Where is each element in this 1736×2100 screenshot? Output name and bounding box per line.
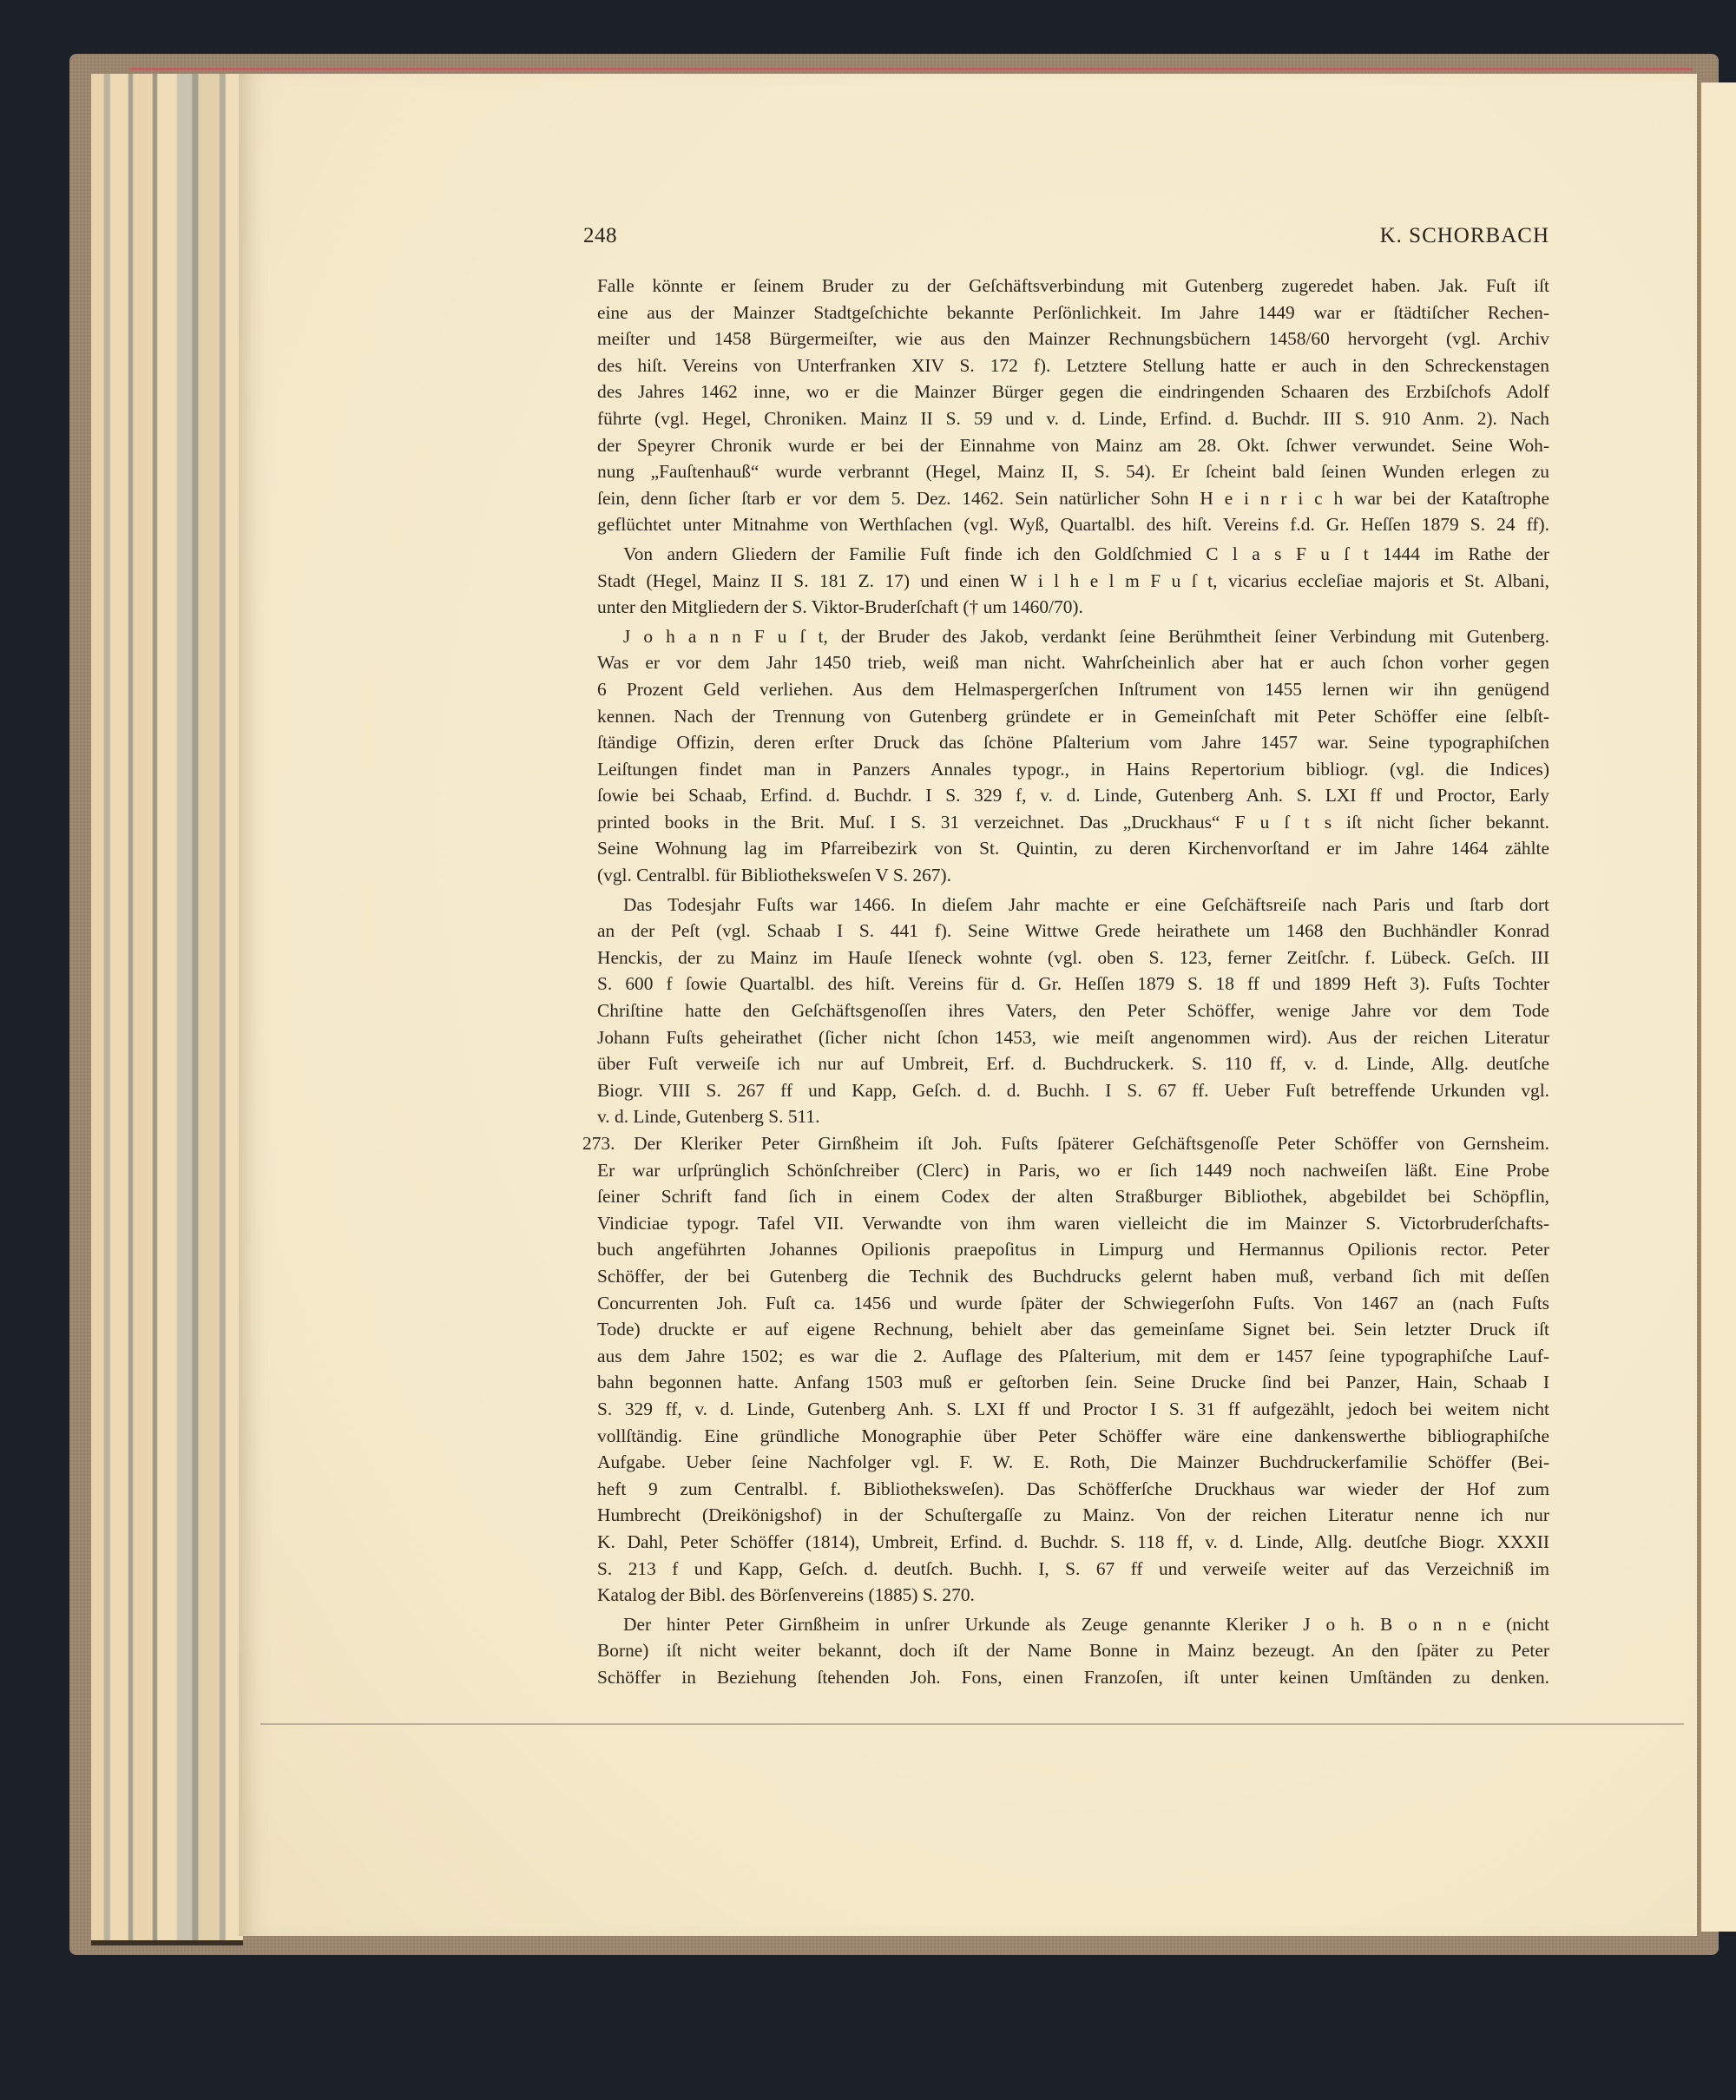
text-line: meiſter und 1458 Bürgermeiſter, wie aus …: [597, 326, 1549, 352]
text-line: Katalog der Bibl. des Börſenvereins (188…: [597, 1582, 1549, 1609]
text-line: ſein, denn ſicher ſtarb er vor dem 5. De…: [597, 485, 1549, 512]
text-line: ſtändige Offizin, deren erſter Druck das…: [597, 729, 1549, 756]
text-line: Stadt (Hegel, Mainz II S. 181 Z. 17) und…: [597, 568, 1549, 595]
text-line: J o h a n n F u ſ t, der Bruder des Jako…: [597, 623, 1549, 650]
running-head-author: K. SCHORBACH: [1380, 224, 1549, 248]
text-line: kennen. Nach der Trennung von Gutenberg …: [597, 703, 1549, 730]
text-line: unter den Mitgliedern der S. Viktor-Brud…: [597, 594, 1549, 621]
text-line: des Jahres 1462 inne, wo er die Mainzer …: [597, 379, 1549, 405]
running-header: 248 K. SCHORBACH: [583, 224, 1549, 259]
text-line: Vindiciae typogr. Tafel VII. Verwandte v…: [597, 1210, 1549, 1237]
text-line: geflüchtet unter Mitnahme von Werthſache…: [597, 511, 1549, 538]
text-line: S. 329 ff, v. d. Linde, Gutenberg Anh. S…: [597, 1396, 1549, 1423]
text-line: eine aus der Mainzer Stadtgeſchichte bek…: [597, 300, 1549, 326]
text-line: des hiſt. Vereins von Unterfranken XIV S…: [597, 352, 1549, 379]
text-line: Von andern Gliedern der Familie Fuſt fin…: [597, 541, 1549, 568]
text-line: Biogr. VIII S. 267 ff und Kapp, Geſch. d…: [597, 1077, 1549, 1104]
text-line: Chriſtine hatte den Geſchäftsgenoſſen ih…: [597, 997, 1549, 1024]
text-line: (vgl. Centralbl. für Bibliotheksweſen V …: [597, 862, 1549, 889]
text-line: Der hinter Peter Girnßheim in unſrer Urk…: [597, 1611, 1549, 1638]
page-bottom-deckle-edge: [260, 1723, 1684, 1725]
text-line: Concurrenten Joh. Fuſt ca. 1456 und wurd…: [597, 1290, 1549, 1317]
text-line: vollſtändig. Eine gründliche Monographie…: [597, 1423, 1549, 1450]
text-line: S. 213 f und Kapp, Geſch. d. deutſch. Bu…: [597, 1556, 1549, 1583]
text-line: S. 600 f ſowie Quartalbl. des hiſt. Vere…: [597, 971, 1549, 997]
text-line: aus dem Jahre 1502; es war die 2. Auflag…: [597, 1343, 1549, 1370]
text-line: Johann Fuſts geheirathet (ſicher nicht ſ…: [597, 1024, 1549, 1051]
text-line: Humbrecht (Dreikönigshof) in der Schuſte…: [597, 1502, 1549, 1529]
red-page-edge: [130, 68, 1693, 70]
text-line: Borne) iſt nicht weiter bekannt, doch iſ…: [597, 1637, 1549, 1664]
text-line: Er war urſprünglich Schönſchreiber (Cler…: [597, 1157, 1549, 1184]
text-line: buch angeführten Johannes Opilionis prae…: [597, 1236, 1549, 1263]
page-stack-edge: [91, 74, 243, 1945]
text-line: heft 9 zum Centralbl. f. Bibliotheksweſe…: [597, 1476, 1549, 1503]
text-line: führte (vgl. Hegel, Chroniken. Mainz II …: [597, 405, 1549, 432]
text-line: Henckis, der zu Mainz im Hauſe Iſeneck w…: [597, 945, 1549, 971]
facing-page-edge: [1700, 82, 1736, 1932]
text-line: 6 Prozent Geld verliehen. Aus dem Helmas…: [597, 676, 1549, 703]
note-273-line: 273. Der Kleriker Peter Girnßheim iſt Jo…: [582, 1130, 1549, 1157]
text-line: ſeiner Schrift fand ſich in einem Codex …: [597, 1183, 1549, 1210]
text-line: Schöffer in Beziehung ſtehenden Joh. Fon…: [597, 1664, 1549, 1691]
text-line: Aufgabe. Ueber ſeine Nachfolger vgl. F. …: [597, 1449, 1549, 1476]
text-line: Das Todesjahr Fuſts war 1466. In dieſem …: [597, 892, 1549, 918]
text-line: Tode) druckte er auf eigene Rechnung, be…: [597, 1316, 1549, 1343]
page-number: 248: [583, 224, 617, 248]
text-line: Schöffer, der bei Gutenberg die Technik …: [597, 1263, 1549, 1290]
text-line: nung „Fauſtenhauß“ wurde verbrannt (Hege…: [597, 458, 1549, 485]
text-line: der Speyrer Chronik wurde er bei der Ein…: [597, 432, 1549, 459]
text-line: bahn begonnen hatte. Anfang 1503 muß er …: [597, 1369, 1549, 1396]
text-line: ſowie bei Schaab, Erfind. d. Buchdr. I S…: [597, 782, 1549, 809]
text-line: printed books in the Brit. Muſ. I S. 31 …: [597, 809, 1549, 836]
text-line: Falle könnte er ſeinem Bruder zu der Geſ…: [597, 273, 1549, 300]
body-text: Falle könnte er ſeinem Bruder zu der Geſ…: [597, 273, 1549, 1690]
text-line: Leiſtungen findet man in Panzers Annales…: [597, 756, 1549, 783]
text-line: an der Peſt (vgl. Schaab I S. 441 f). Se…: [597, 918, 1549, 945]
text-line: über Fuſt verweiſe ich nur auf Umbreit, …: [597, 1050, 1549, 1077]
text-line: Was er vor dem Jahr 1450 trieb, weiß man…: [597, 649, 1549, 676]
text-line: v. d. Linde, Gutenberg S. 511.: [597, 1103, 1549, 1130]
text-line: Seine Wohnung lag im Pfarreibezirk von S…: [597, 835, 1549, 862]
text-line: K. Dahl, Peter Schöffer (1814), Umbreit,…: [597, 1529, 1549, 1556]
